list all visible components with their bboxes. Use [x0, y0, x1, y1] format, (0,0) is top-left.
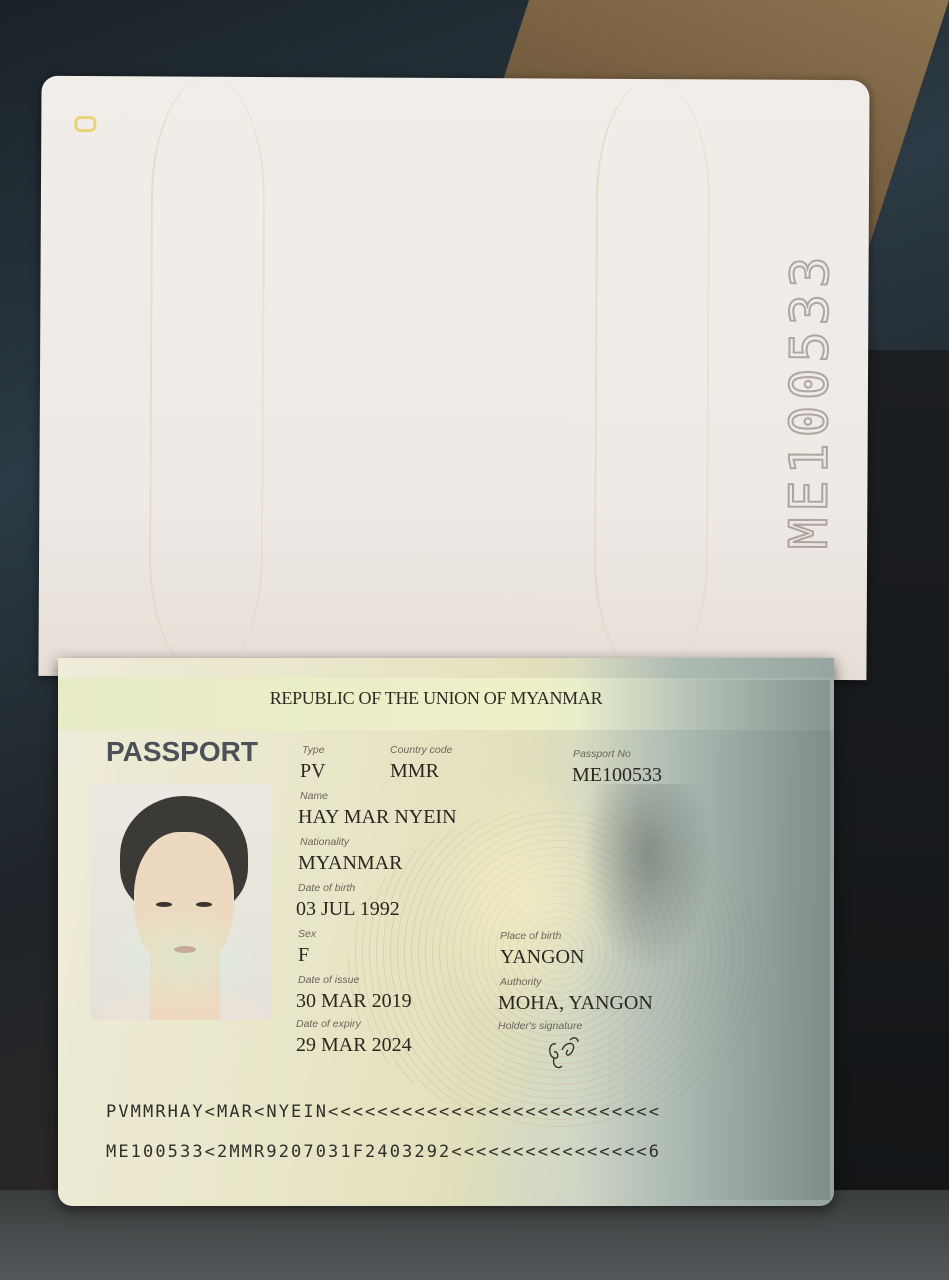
- dob-label: Date of birth: [298, 882, 355, 894]
- emblem-icon: [74, 116, 96, 132]
- country-code-value: MMR: [390, 760, 439, 783]
- date-of-issue-value: 30 MAR 2019: [296, 990, 412, 1013]
- passport-no-value: ME100533: [572, 764, 662, 787]
- name-label: Name: [300, 790, 328, 802]
- authority-value: MOHA, YANGON: [498, 992, 653, 1015]
- place-of-birth-value: YANGON: [500, 946, 584, 969]
- passport-no-label: Passport No: [573, 748, 631, 760]
- document-title: PASSPORT: [106, 736, 258, 768]
- nationality-label: Nationality: [300, 836, 349, 848]
- security-wave-right: [593, 79, 710, 680]
- perforated-number: ME100533: [779, 200, 841, 600]
- date-of-issue-label: Date of issue: [298, 974, 359, 986]
- place-of-birth-label: Place of birth: [500, 930, 561, 942]
- date-of-expiry-value: 29 MAR 2024: [296, 1034, 412, 1057]
- sex-label: Sex: [298, 928, 316, 940]
- country-code-label: Country code: [390, 744, 452, 756]
- dob-value: 03 JUL 1992: [296, 898, 400, 921]
- hand-shadow: [680, 680, 830, 1200]
- type-value: PV: [300, 760, 326, 783]
- date-of-expiry-label: Date of expiry: [296, 1018, 361, 1030]
- sex-value: F: [298, 944, 309, 967]
- security-wave-left: [148, 76, 265, 677]
- passport-visa-page: ME100533: [38, 76, 869, 680]
- mrz-line-1: PVMMRHAY<MAR<NYEIN<<<<<<<<<<<<<<<<<<<<<<…: [106, 1102, 661, 1122]
- type-label: Type: [302, 744, 325, 756]
- nationality-value: MYANMAR: [298, 852, 402, 875]
- signature-mark: [544, 1030, 584, 1074]
- mrz-line-2: ME100533<2MMR9207031F2403292<<<<<<<<<<<<…: [106, 1142, 661, 1162]
- name-value: HAY MAR NYEIN: [298, 806, 457, 829]
- authority-label: Authority: [500, 976, 541, 988]
- holder-photo: [90, 784, 272, 1020]
